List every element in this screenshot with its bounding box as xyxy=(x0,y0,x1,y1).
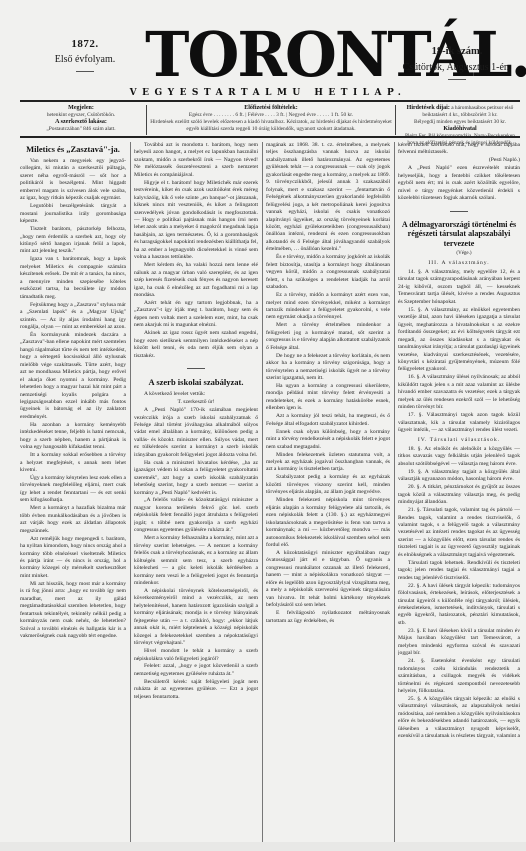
paragraph: Felelet: azzal, „hogy e jogot közvetlenü… xyxy=(134,663,258,678)
paragraph: Mert a törvény értelmében mindenkor a fe… xyxy=(266,322,390,352)
advert-notice: Hirdetések ezelőtt szóló levelek előzete… xyxy=(150,119,391,125)
paragraph: 24. §. Esetenként évenként egy társulati… xyxy=(398,658,520,695)
paragraph: Minden felekezetnek üzleten statutuma vo… xyxy=(266,452,390,474)
paragraph: „A felelős vallás- és közoktatásügyi min… xyxy=(134,497,258,534)
article-title: A délmagyarországi történelmi és régésze… xyxy=(398,220,520,249)
paragraph: Társulati tagok lehetnek. Rendkívüli és … xyxy=(398,560,520,582)
paragraph: magának az 1868. 38. t. cz. értelmében, … xyxy=(266,142,390,254)
paragraph: Úgy a kormány kénytelen lesz ezek ellen … xyxy=(20,475,126,505)
header-rule-top xyxy=(20,100,520,102)
advertising-rates: Hirdetések díjai: a háromhasábos petitso… xyxy=(400,105,520,147)
paragraph: kérem tisztelt szerkesztő urat, hogy e s… xyxy=(398,142,520,157)
paragraph: Hivel mondott le tehát a kormány a szerb… xyxy=(134,648,258,663)
year-label: 1872. xyxy=(40,38,130,50)
paragraph: És e törvény, midőn a kormány jogkörét a… xyxy=(266,254,390,291)
header-rule-bottom xyxy=(20,136,520,138)
newspaper-title: TORONTÁL. xyxy=(145,24,391,86)
paragraph: Mert kérdem én, ha valaki hozzá nem lenn… xyxy=(134,262,258,299)
paragraph: 20. §. A titkárt, pénztárnokot és gyűjtő… xyxy=(398,484,520,506)
publication-info-box: Megjelen: hetenkint egyszer, Csütörtökön… xyxy=(20,103,520,135)
column-divider xyxy=(130,142,131,848)
article-intro: A következő levelet vettük: xyxy=(134,391,258,398)
paragraph: Ez a törvény, midőn a kormányt azért eze… xyxy=(266,292,390,322)
paragraph: 14. §. A választmány, mely egyelőre 12, … xyxy=(398,269,520,306)
paragraph: Azért tehát én ugy tartom legjobbnak, ha… xyxy=(134,300,258,330)
newspaper-page: 1872. Első évfolyam. TORONTÁL. VEGYESTAR… xyxy=(0,0,526,851)
issue-date: Csütörtök, Augusztus 1-én. xyxy=(392,62,522,73)
schedule-text: hetenkint egyszer, Csütörtökön. xyxy=(47,112,115,118)
salutation: T. szerkesztő úr! xyxy=(134,399,258,406)
column-divider xyxy=(394,142,395,848)
paragraph: Mert a kormányt a hazafiak bizalma már t… xyxy=(20,505,126,535)
paragraph: Fejtsükmeg hogy a „Zasztava" stylusa már… xyxy=(20,302,126,332)
paragraph: Mi azt hisszük, hogy most már a kormány … xyxy=(20,581,126,641)
paragraph: Van nekem a megyeiek egy jegyző-collegám… xyxy=(20,158,126,203)
editor-note: A „Pesti Napló" ezen észrevételét miután… xyxy=(398,165,520,202)
column-divider xyxy=(262,142,263,848)
column-4: kérem tisztelt szerkesztő urat, hogy e s… xyxy=(398,142,520,848)
signature: (Pesti Napló.) xyxy=(398,157,520,164)
paragraph: A népiskolai törvénynek kötelezettségeir… xyxy=(134,588,258,648)
paragraph: De hogy ne a felekezet a törvény korláta… xyxy=(266,353,390,383)
newspaper-subtitle: VEGYESTARTALMU HETILAP. xyxy=(118,88,418,98)
subscription-heading: Előfizetési föltételek: xyxy=(244,105,297,111)
article-title: Miletics és „Zasztavá"-ja. xyxy=(20,144,126,155)
article-subtitle: (Vége.) xyxy=(398,250,520,257)
section-heading: IV. Társulati választások. xyxy=(398,437,520,444)
subscription-prices: Egész évre . . . . . . . . 6 ft. | Félév… xyxy=(189,112,353,118)
paragraph: Becsületről kérek: saját felügyeleti jog… xyxy=(134,679,258,701)
publisher-heading: Kiadóhivatal xyxy=(443,126,476,132)
paragraph: Higyje el t. barátom! hogy Miletichék má… xyxy=(134,180,258,262)
masthead-left: 1872. Első évfolyam. xyxy=(40,38,130,72)
article-title: A szerb iskolai szabályzat. xyxy=(134,377,258,388)
divider xyxy=(187,368,205,369)
paragraph: Ennek csak olyan különbség, hogy a kormá… xyxy=(266,429,390,451)
divider xyxy=(448,79,466,80)
paragraph: 19. §. A választmány tagjait a közgyűlés… xyxy=(398,469,520,484)
paragraph: 18. §. Az elnököt és alelnököt a közgyűl… xyxy=(398,446,520,468)
issue-number: 18-ik szám. xyxy=(392,46,522,57)
page-bottom-edge xyxy=(0,842,526,851)
section-heading: III. A választmány. xyxy=(398,260,520,267)
editor-address-heading: A szerkesztő lakása: xyxy=(55,119,107,125)
divider xyxy=(450,211,468,212)
volume-label: Első évfolyam. xyxy=(40,54,130,65)
paragraph: Minden felekezeti népiskola mint törvény… xyxy=(266,497,390,549)
paragraph: 17. §. Választmányi tagok azon tagok köz… xyxy=(398,412,520,434)
paragraph: 25. §. A közgyűlés tárgyait képezik: az … xyxy=(398,696,520,741)
advert-deadline: egyéb kiállítási szerda reggeli 10 óráig… xyxy=(186,126,355,132)
paragraph: Itt a kormány sokkal erősebben a törvény… xyxy=(20,452,126,474)
publication-schedule: Megjelen: hetenkint egyszer, Csütörtökön… xyxy=(20,105,142,133)
editor-address-text: „Postautczában" 846 szám alatt. xyxy=(46,126,115,132)
column-1: Miletics és „Zasztavá"-ja. Van nekem a m… xyxy=(20,142,126,848)
paragraph: 21. §. Társulati tagok, valamint tag és … xyxy=(398,507,520,559)
paragraph: 23. §. E havi üléseken kívül a társulat … xyxy=(398,628,520,658)
paragraph: A „Pesti Napló" 170-ik számában megjelen… xyxy=(134,407,258,459)
paragraph: Továbbá azt is mondotta t. barátom, hogy… xyxy=(134,142,258,179)
paragraph: Szabályzatot pedig a kormány és az egyhá… xyxy=(266,474,390,496)
stamp-fee-text: Bélyegdíj minden egyes beiktatásért 30 k… xyxy=(414,119,506,125)
paragraph: Mert a kormány felhasználta a kormány, m… xyxy=(134,535,258,587)
paragraph: Legutóbbi beszélgetésünk tárgyát a mosta… xyxy=(20,203,126,225)
paragraph: Igaza van t. barátomnak, hogy a lapok me… xyxy=(20,256,126,301)
paragraph: Azt a kormány jól teszi tehát, ha megtes… xyxy=(266,413,390,428)
paragraph: 16. §. A választmány ülései nyilvánosak;… xyxy=(398,374,520,411)
ad-rates-heading: Hirdetések díjai: xyxy=(407,105,450,111)
paragraph: Ha azonban a kormány keményebb intézkedé… xyxy=(20,422,126,452)
paragraph: 15. §. A választmány, az elnökkel egyete… xyxy=(398,307,520,374)
subscription-terms: Előfizetési föltételek: Egész évre . . .… xyxy=(146,105,396,135)
masthead-right: 18-ik szám. Csütörtök, Augusztus 1-én. xyxy=(392,46,522,80)
column-2: Továbbá azt is mondotta t. barátom, hogy… xyxy=(134,142,258,848)
paragraph: Ha csak a miniszteri hivatalos kérdése, … xyxy=(134,460,258,497)
divider xyxy=(76,71,94,72)
paragraph: Akinek az igaz rossz ügyét nem szabad en… xyxy=(134,330,258,360)
schedule-heading: Megjelen: xyxy=(68,105,94,111)
paragraph: Én kormányunk mindezek daczára a „Zaszta… xyxy=(20,332,126,421)
paragraph: A közoktatásügyi miniszter egyáltalában … xyxy=(266,550,390,610)
paragraph: Tisztelt barátom, pásztorkép felhozta, „… xyxy=(20,226,126,256)
paragraph: Ha ugyan a kormány a congressusi sikerül… xyxy=(266,383,390,413)
column-3: magának az 1868. 38. t. cz. értelmében, … xyxy=(266,142,390,848)
paragraph: Azt reméljük hogy megengedi t. barátom, … xyxy=(20,536,126,581)
paragraph: E felvilágosító nyilatkozatot méltányosn… xyxy=(266,610,390,625)
paragraph: 22. §. A havi ülések tárgyát képezik: tu… xyxy=(398,583,520,628)
